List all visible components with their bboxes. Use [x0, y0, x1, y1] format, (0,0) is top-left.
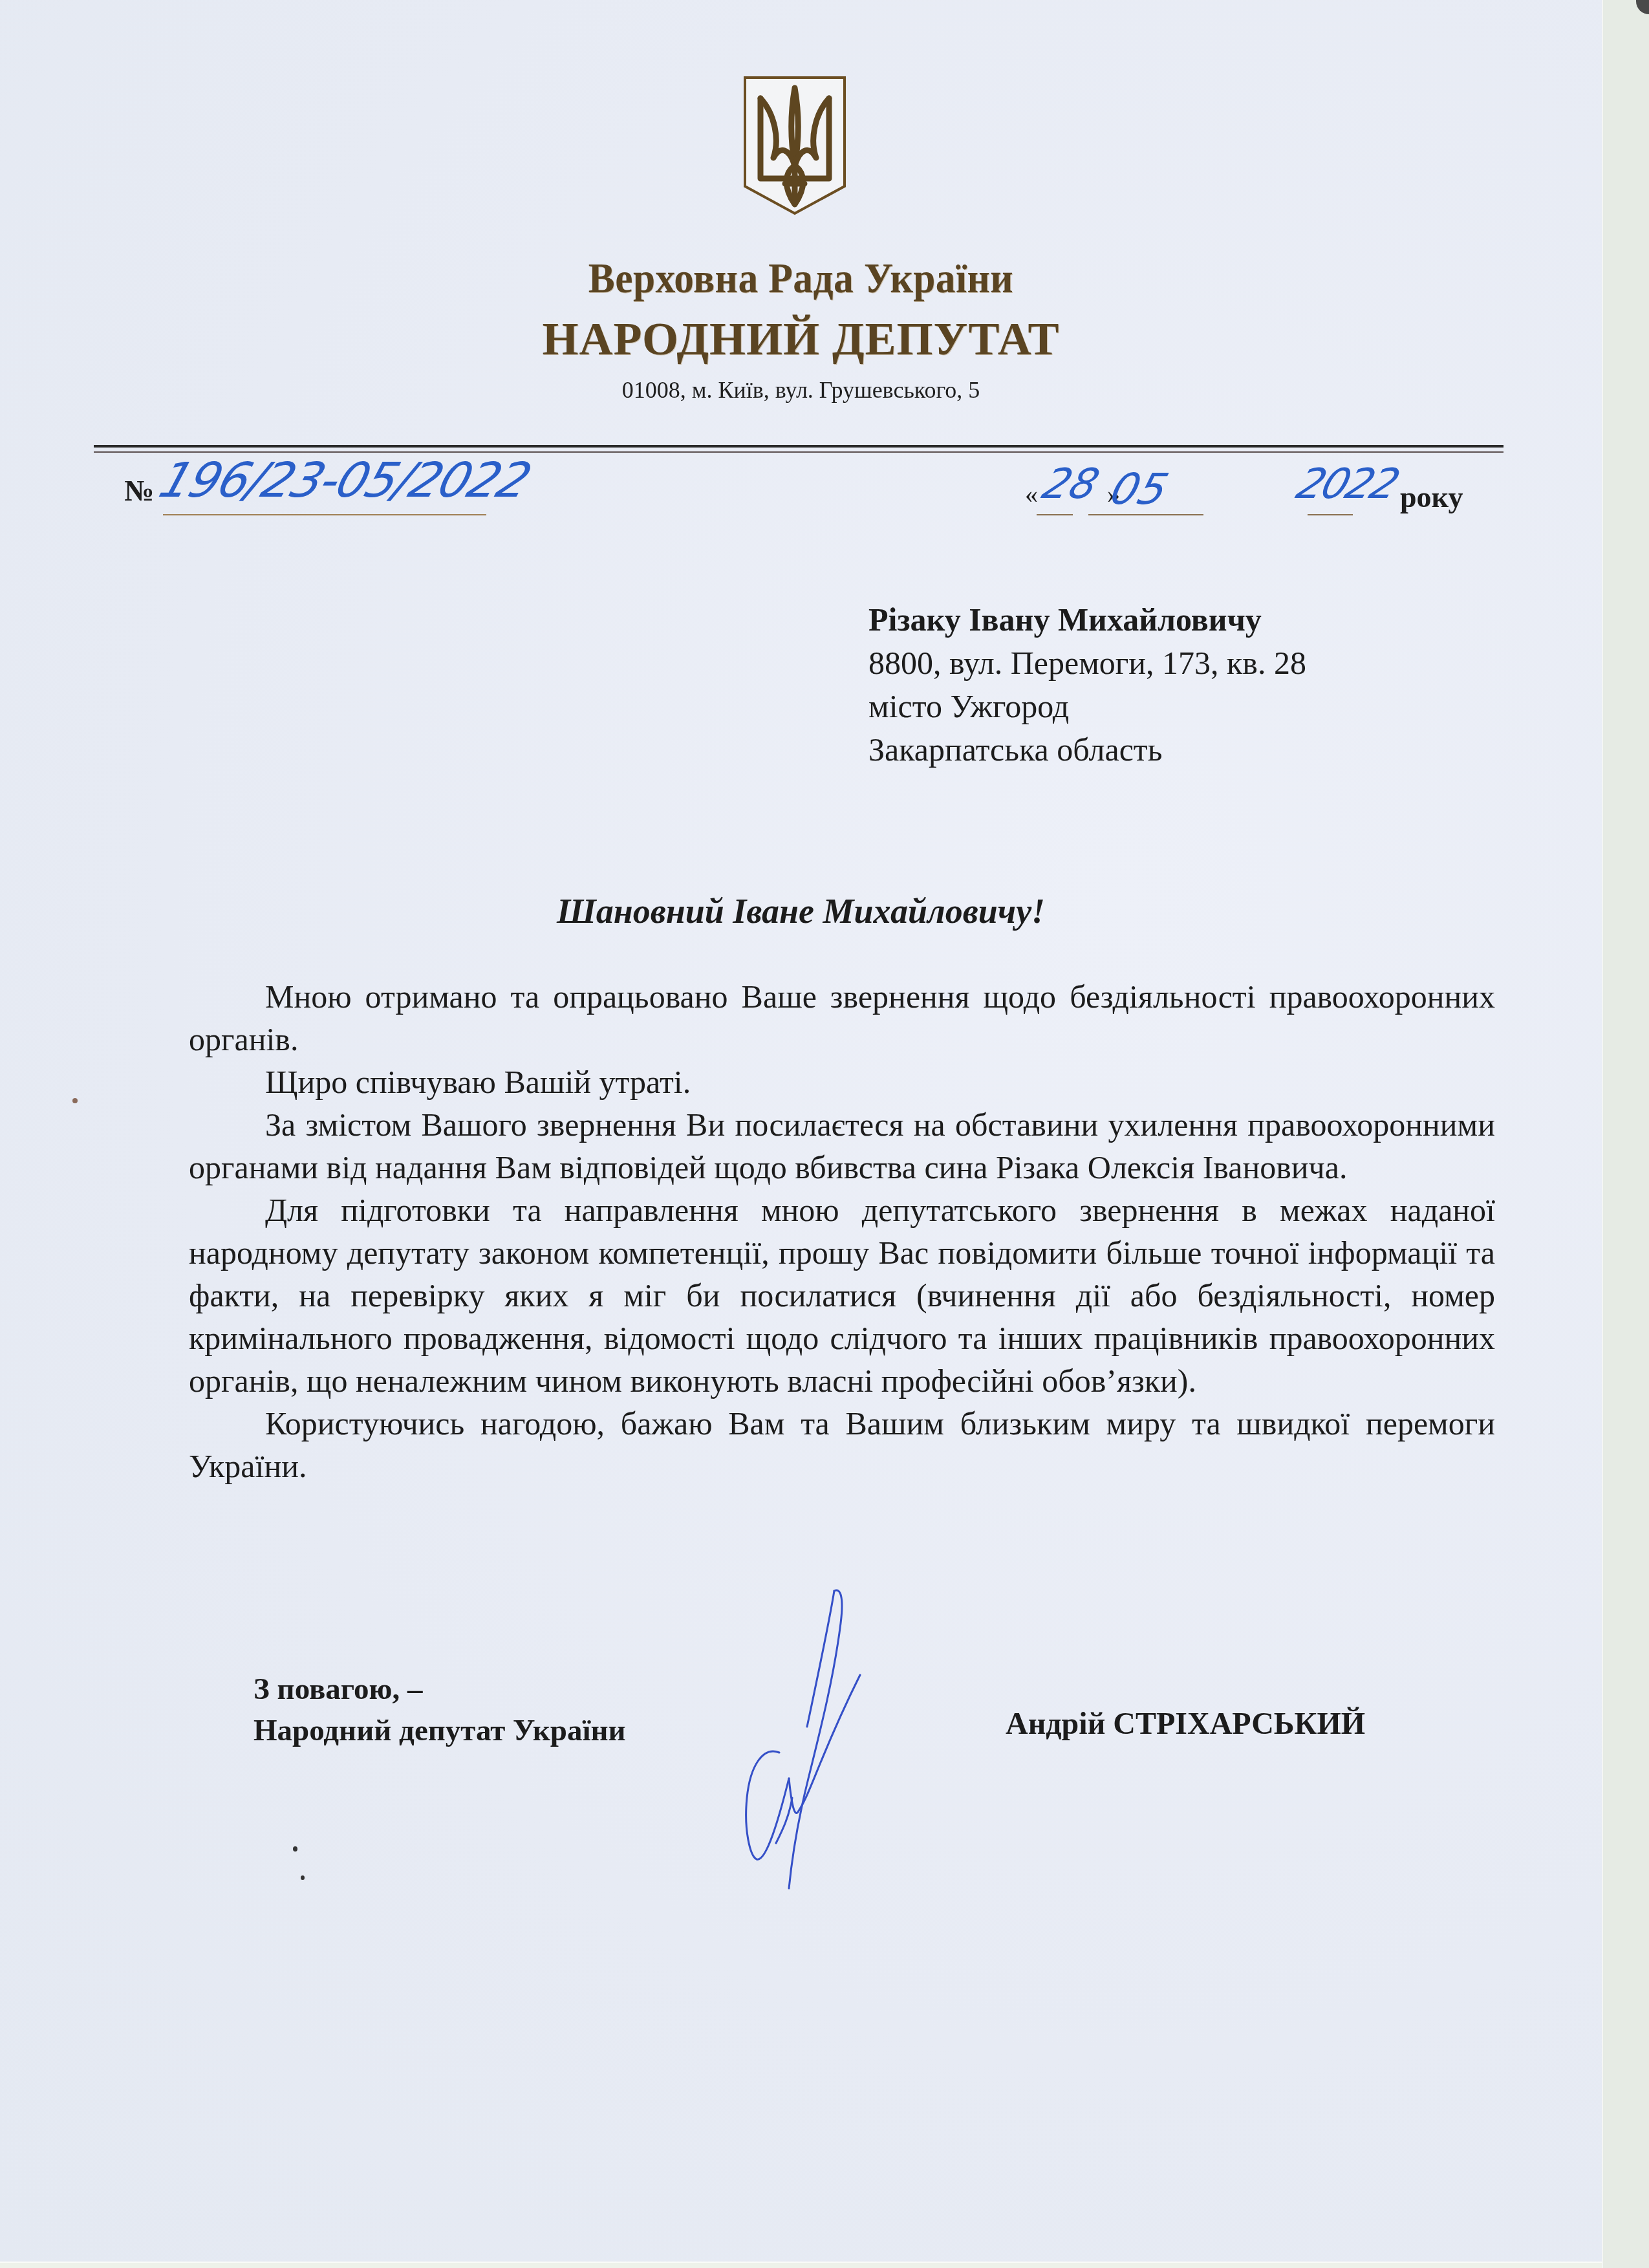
date-month: 05 [1105, 464, 1174, 514]
institution-name: Верховна Рада України [56, 257, 1546, 300]
scanner-edge-right [1602, 0, 1649, 2268]
paper-speck [72, 1098, 78, 1103]
reference-number: 196/23-05/2022 [153, 453, 537, 508]
recipient-block: Різаку Івану Михайловичу 8800, вул. Пере… [868, 598, 1306, 772]
reference-underline [163, 514, 486, 515]
date-year: 2022 [1291, 460, 1404, 508]
salutation: Шановний Іване Михайловичу! [0, 891, 1602, 931]
date-open-quote: « [1025, 479, 1038, 509]
recipient-city: місто Ужгород [868, 685, 1306, 728]
recipient-name: Різаку Івану Михайловичу [868, 598, 1306, 642]
reference-label: № [124, 473, 154, 508]
letter-page: Верховна Рада України НАРОДНИЙ ДЕПУТАТ 0… [0, 0, 1602, 2262]
closing-block: З повагою, – Народний депутат України [253, 1669, 626, 1751]
letterhead-title: НАРОДНИЙ ДЕПУТАТ [0, 316, 1602, 362]
signer-name: Андрій СТРІХАРСЬКИЙ [1006, 1706, 1365, 1742]
recipient-region: Закарпатська область [868, 728, 1306, 772]
closing-position: Народний депутат України [253, 1710, 626, 1751]
date-month-underline [1088, 514, 1203, 515]
letterhead-address: 01008, м. Київ, вул. Грушевського, 5 [0, 378, 1602, 402]
body-paragraph: За змістом Вашого звернення Ви посилаєте… [189, 1103, 1495, 1189]
scanner-edge-bottom [0, 2262, 1602, 2268]
date-day-underline [1037, 514, 1073, 515]
paper-speck [293, 1846, 297, 1852]
handwritten-signature [660, 1584, 892, 1895]
recipient-street: 8800, вул. Перемоги, 173, кв. 28 [868, 642, 1306, 685]
paper-speck [301, 1875, 305, 1880]
date-suffix: року [1400, 480, 1463, 514]
letter-body: Мною отримано та опрацьовано Ваше зверне… [189, 975, 1495, 1487]
body-paragraph: Користуючись нагодою, бажаю Вам та Вашим… [189, 1402, 1495, 1487]
body-paragraph: Для підготовки та направлення мною депут… [189, 1189, 1495, 1402]
body-paragraph: Мною отримано та опрацьовано Ваше зверне… [189, 975, 1495, 1061]
header-rule-thick [94, 445, 1503, 448]
closing-regards: З повагою, – [253, 1669, 626, 1710]
body-paragraph: Щиро співчуваю Вашій утраті. [189, 1061, 1495, 1103]
date-year-underline [1308, 514, 1353, 515]
trident-coat-of-arms-icon [742, 75, 847, 216]
date-day: 28 [1037, 460, 1105, 508]
